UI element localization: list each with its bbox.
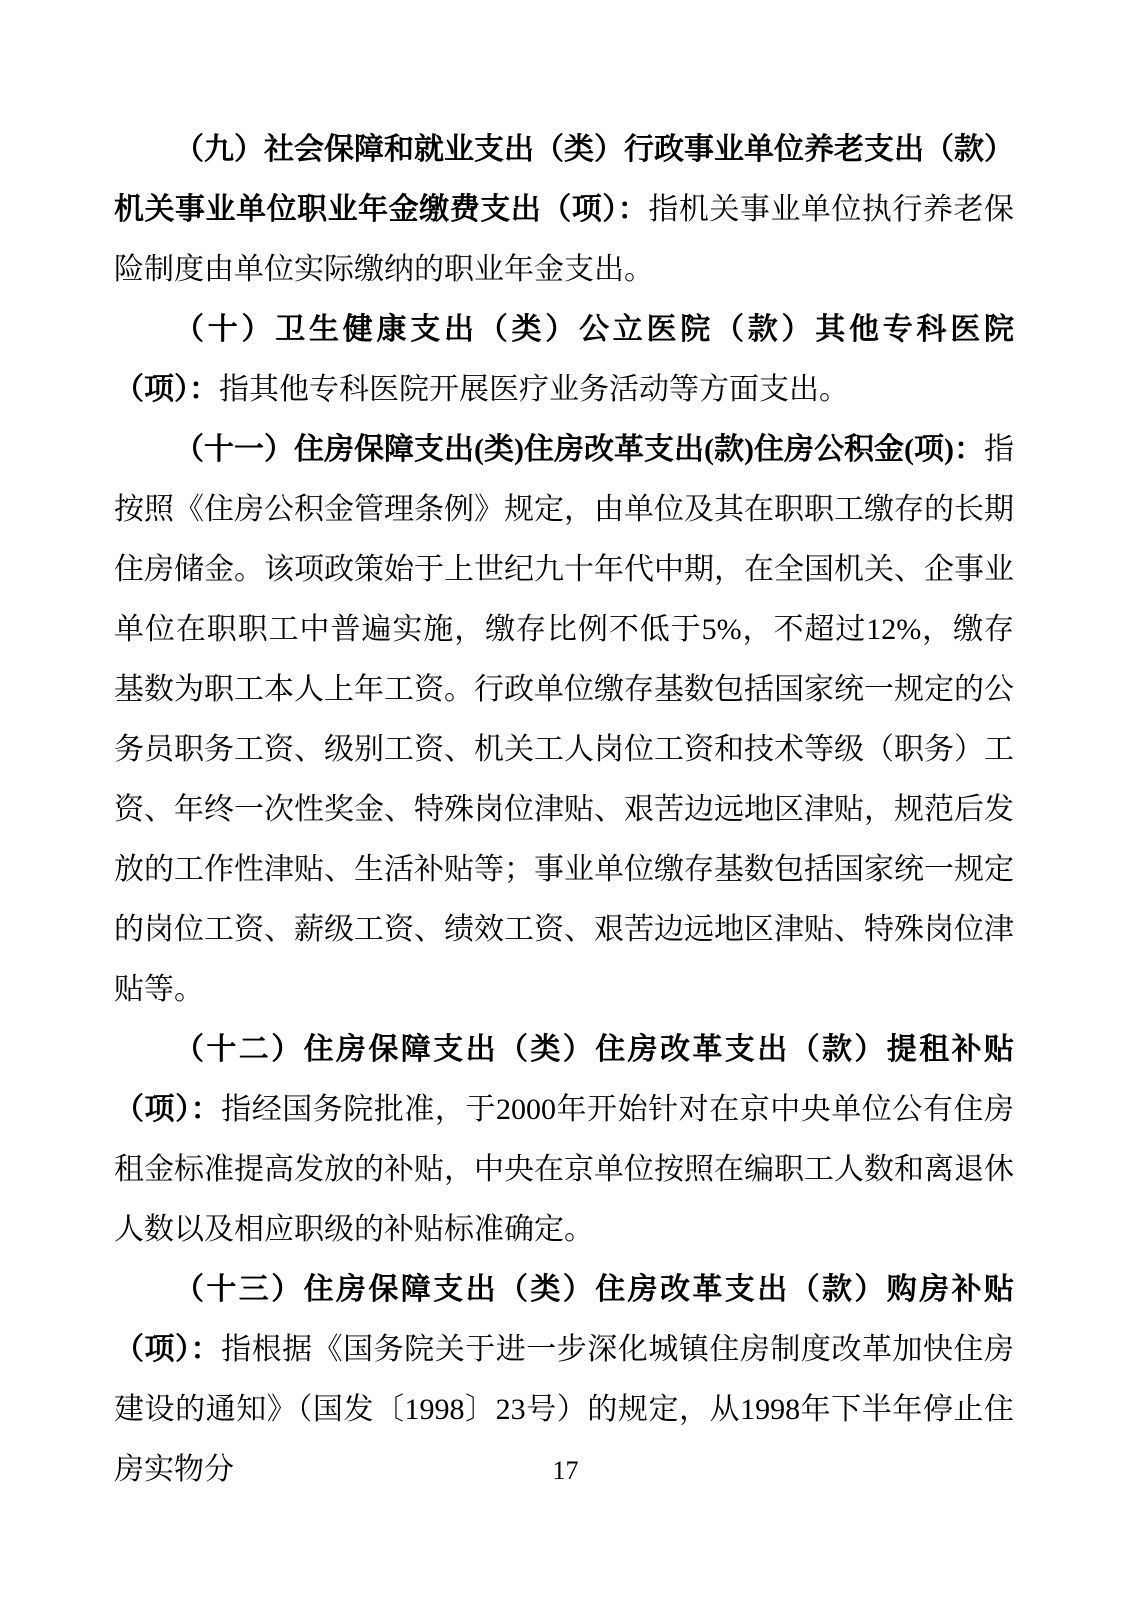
paragraph-10: （十）卫生健康支出（类）公立医院（款）其他专科医院（项）：指其他专科医院开展医疗… xyxy=(114,300,1014,420)
paragraph-12: （十二）住房保障支出（类）住房改革支出（款）提租补贴（项）：指经国务院批准，于2… xyxy=(114,1020,1014,1260)
paragraph-11-body: 指按照《住房公积金管理条例》规定，由单位及其在职职工缴存的长期住房储金。该项政策… xyxy=(114,433,1014,1006)
paragraph-12-body: 指经国务院批准，于2000年开始针对在京中央单位公有住房租金标准提高发放的补贴，… xyxy=(114,1093,1014,1246)
document-page: （九）社会保障和就业支出（类）行政事业单位养老支出（款）机关事业单位职业年金缴费… xyxy=(0,0,1131,1600)
paragraph-10-body: 指其他专科医院开展医疗业务活动等方面支出。 xyxy=(219,373,849,406)
paragraph-11: （十一）住房保障支出(类)住房改革支出(款)住房公积金(项)：指按照《住房公积金… xyxy=(114,420,1014,1020)
paragraph-9: （九）社会保障和就业支出（类）行政事业单位养老支出（款）机关事业单位职业年金缴费… xyxy=(114,120,1014,300)
page-number: 17 xyxy=(0,1455,1131,1487)
document-content: （九）社会保障和就业支出（类）行政事业单位养老支出（款）机关事业单位职业年金缴费… xyxy=(114,120,1014,1500)
paragraph-11-heading: （十一）住房保障支出(类)住房改革支出(款)住房公积金(项)： xyxy=(174,433,984,466)
